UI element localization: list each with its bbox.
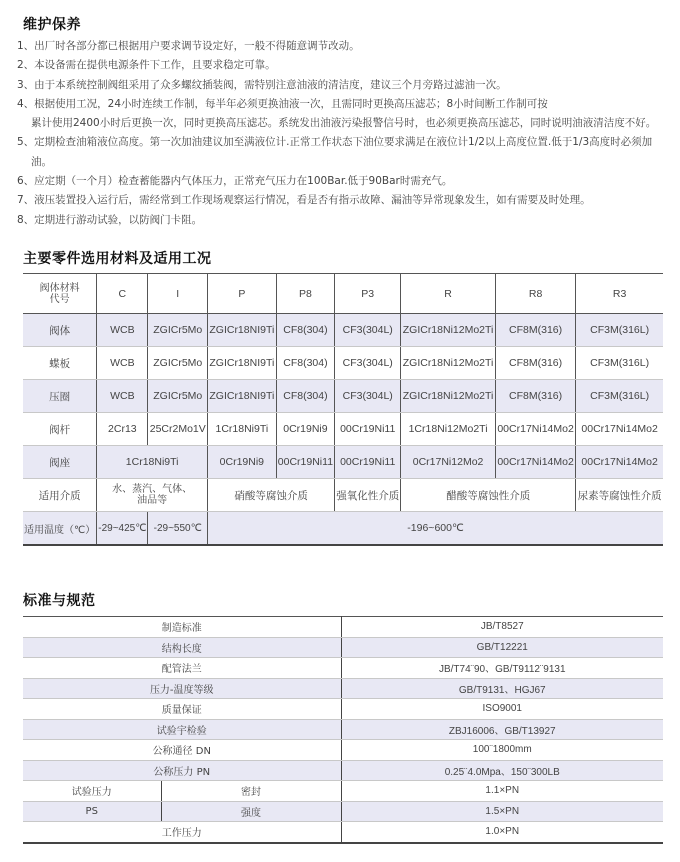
maintenance-item: 油。 (17, 153, 677, 172)
table-cell: 0Cr19Ni9 (208, 446, 277, 479)
row-value: 1.1×PN (341, 781, 663, 802)
maintenance-item: 4、根据使用工况，24小时连续工作制，每半年必须更换油液一次，且需同时更换高压滤… (17, 95, 677, 114)
row-label: PS (23, 801, 161, 822)
maintenance-item: 7、液压装置投入运行后，需经常到工作现场观察运行情况，看是否有指示故障、漏油等异… (17, 191, 677, 210)
row-label: 公称压力 PN (23, 760, 341, 781)
row-sublabel: 密封 (161, 781, 341, 802)
row-label: 阀座 (23, 446, 97, 479)
row-label: 压力-温度等级 (23, 678, 341, 699)
table-cell: CF8(304) (276, 380, 335, 413)
row-label: 阀体 (23, 314, 97, 347)
row-label: 质量保证 (23, 699, 341, 720)
row-label: 试验宇检验 (23, 719, 341, 740)
row-label: 蝶板 (23, 347, 97, 380)
table-row: 阀杆 2Cr13 25Cr2Mo1V 1Cr18Ni9Ti 0Cr19Ni9 0… (23, 413, 663, 446)
row-value: 1.0×PN (341, 822, 663, 843)
table-cell: 00Cr17Ni14Mo2 (576, 446, 663, 479)
maintenance-title: 维护保养 (23, 14, 81, 34)
table-cell: 25Cr2Mo1V (148, 413, 208, 446)
row-label: 配管法兰 (23, 658, 341, 679)
table-row: 阀体 WCB ZGICr5Mo ZGICr18NI9Ti CF8(304) CF… (23, 314, 663, 347)
header-cell: C (97, 274, 148, 314)
header-cell: P8 (276, 274, 335, 314)
table-row: 阀座 1Cr18Ni9Ti 0Cr19Ni9 00Cr19Ni11 00Cr19… (23, 446, 663, 479)
table-cell: 00Cr19Ni11 (335, 413, 401, 446)
table-row: 工作压力 1.0×PN (23, 822, 663, 843)
header-cell: P (208, 274, 277, 314)
table-cell: 00Cr17Ni14Mo2 (576, 413, 663, 446)
row-value: 100¨1800mm (341, 740, 663, 761)
materials-table: 阀体材料代号 C I P P8 P3 R R8 R3 阀体 WCB ZGICr5… (23, 273, 663, 546)
table-cell: CF8(304) (276, 314, 335, 347)
table-cell: 00Cr19Ni11 (276, 446, 335, 479)
table-cell: WCB (97, 347, 148, 380)
table-cell: ZGICr5Mo (148, 347, 208, 380)
table-cell: 0Cr17Ni12Mo2 (401, 446, 496, 479)
table-cell: ZGICr18NI9Ti (208, 314, 277, 347)
header-cell: I (148, 274, 208, 314)
table-cell: ZGICr18Ni12Mo2Ti (401, 380, 496, 413)
table-cell: 1Cr18Ni9Ti (208, 413, 277, 446)
table-row: PS 强度 1.5×PN (23, 801, 663, 822)
standards-title: 标准与规范 (23, 590, 96, 610)
table-row: 制造标准 JB/T8527 (23, 617, 663, 638)
row-label: 压圈 (23, 380, 97, 413)
table-cell: 尿素等腐蚀性介质 (576, 479, 663, 512)
table-row: 配管法兰 JB/T74¨90、GB/T9112¨9131 (23, 658, 663, 679)
row-label: 适用温度（℃） (23, 512, 97, 546)
table-cell: CF3(304L) (335, 380, 401, 413)
row-value: GB/T9131、HGJ67 (341, 678, 663, 699)
standards-table: 制造标准 JB/T8527 结构长度 GB/T12221 配管法兰 JB/T74… (23, 616, 663, 844)
row-value: GB/T12221 (341, 637, 663, 658)
table-row: 压圈 WCB ZGICr5Mo ZGICr18NI9Ti CF8(304) CF… (23, 380, 663, 413)
row-label: 阀杆 (23, 413, 97, 446)
table-cell: 1Cr18Ni9Ti (97, 446, 208, 479)
row-value: JB/T74¨90、GB/T9112¨9131 (341, 658, 663, 679)
row-value: ISO9001 (341, 699, 663, 720)
table-cell: CF3M(316L) (576, 314, 663, 347)
table-cell: ZGICr18NI9Ti (208, 380, 277, 413)
table-row: 蝶板 WCB ZGICr5Mo ZGICr18NI9Ti CF8(304) CF… (23, 347, 663, 380)
row-label: 结构长度 (23, 637, 341, 658)
table-cell: ZGICr5Mo (148, 314, 208, 347)
table-cell: 00Cr17Ni14Mo2 (495, 446, 575, 479)
table-row: 试验宇检验 ZBJ16006、GB/T13927 (23, 719, 663, 740)
table-cell: 1Cr18Ni12Mo2Ti (401, 413, 496, 446)
maintenance-item: 8、定期进行游动试验，以防阀门卡阻。 (17, 211, 677, 230)
maintenance-list: 1、出厂时各部分都已根据用户要求调节设定好，一般不得随意调节改动。 2、本设备需… (17, 37, 677, 230)
table-cell: 2Cr13 (97, 413, 148, 446)
table-cell: 00Cr17Ni14Mo2 (495, 413, 575, 446)
materials-title: 主要零件选用材料及适用工况 (23, 248, 212, 268)
table-row: 公称压力 PN 0.25¨4.0Mpa、150¨300LB (23, 760, 663, 781)
table-cell: ZGICr18Ni12Mo2Ti (401, 347, 496, 380)
table-cell: 0Cr19Ni9 (276, 413, 335, 446)
table-cell: CF8M(316) (495, 380, 575, 413)
table-cell: 00Cr19Ni11 (335, 446, 401, 479)
table-cell: CF8M(316) (495, 314, 575, 347)
table-cell: ZGICr18Ni12Mo2Ti (401, 314, 496, 347)
maintenance-item: 2、本设备需在提供电源条件下工作，且要求稳定可靠。 (17, 56, 677, 75)
table-cell: CF3M(316L) (576, 347, 663, 380)
maintenance-item: 6、应定期（一个月）检查蓄能器内气体压力，正常充气压力在100Bar.低于90B… (17, 172, 677, 191)
table-cell: 醋酸等腐蚀性介质 (401, 479, 576, 512)
table-cell: -29~425℃ (97, 512, 148, 546)
row-label: 制造标准 (23, 617, 341, 638)
header-cell: R (401, 274, 496, 314)
row-value: ZBJ16006、GB/T13927 (341, 719, 663, 740)
table-cell: ZGICr18NI9Ti (208, 347, 277, 380)
maintenance-item: 累计使用2400小时后更换一次，同时更换高压滤芯。系统发出油液污染报警信号时，也… (17, 114, 677, 133)
row-value: JB/T8527 (341, 617, 663, 638)
table-cell: -196~600℃ (208, 512, 663, 546)
table-cell: WCB (97, 380, 148, 413)
row-label: 试验压力 (23, 781, 161, 802)
table-cell: ZGICr5Mo (148, 380, 208, 413)
maintenance-item: 1、出厂时各部分都已根据用户要求调节设定好，一般不得随意调节改动。 (17, 37, 677, 56)
table-cell: CF8(304) (276, 347, 335, 380)
row-label: 适用介质 (23, 479, 97, 512)
table-row: 公称通径 DN 100¨1800mm (23, 740, 663, 761)
table-cell: 水、蒸汽、气体、油品等 (97, 479, 208, 512)
table-row: 结构长度 GB/T12221 (23, 637, 663, 658)
table-row: 压力-温度等级 GB/T9131、HGJ67 (23, 678, 663, 699)
header-cell: R3 (576, 274, 663, 314)
maintenance-item: 5、定期检查油箱液位高度。第一次加油建议加至满液位计.正常工作状态下油位要求满足… (17, 133, 677, 152)
table-row: 质量保证 ISO9001 (23, 699, 663, 720)
maintenance-item: 3、由于本系统控制阀组采用了众多螺纹插装阀，需特别注意油液的清洁度，建议三个月旁… (17, 76, 677, 95)
table-row: 试验压力 密封 1.1×PN (23, 781, 663, 802)
table-row: 适用介质 水、蒸汽、气体、油品等 硝酸等腐蚀介质 强氧化性介质 醋酸等腐蚀性介质… (23, 479, 663, 512)
table-cell: CF8M(316) (495, 347, 575, 380)
row-value: 0.25¨4.0Mpa、150¨300LB (341, 760, 663, 781)
header-cell: 阀体材料代号 (23, 274, 97, 314)
table-cell: CF3M(316L) (576, 380, 663, 413)
table-cell: 强氧化性介质 (335, 479, 401, 512)
table-cell: -29~550℃ (148, 512, 208, 546)
table-header-row: 阀体材料代号 C I P P8 P3 R R8 R3 (23, 274, 663, 314)
table-cell: WCB (97, 314, 148, 347)
row-label: 工作压力 (23, 822, 341, 843)
table-row: 适用温度（℃） -29~425℃ -29~550℃ -196~600℃ (23, 512, 663, 546)
header-cell: R8 (495, 274, 575, 314)
row-sublabel: 强度 (161, 801, 341, 822)
table-cell: CF3(304L) (335, 314, 401, 347)
table-cell: CF3(304L) (335, 347, 401, 380)
header-cell: P3 (335, 274, 401, 314)
row-label: 公称通径 DN (23, 740, 341, 761)
table-cell: 硝酸等腐蚀介质 (208, 479, 335, 512)
row-value: 1.5×PN (341, 801, 663, 822)
